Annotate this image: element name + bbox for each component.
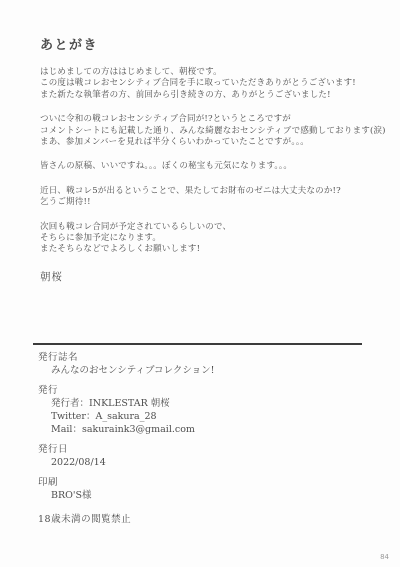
mail-address: Mail：sakuraink3@gmail.com bbox=[38, 423, 374, 436]
publisher-value: 発行者：INKLESTAR 朝桜 bbox=[38, 397, 374, 410]
afterword-paragraph-3: 皆さんの原稿、いいですね。。。ぼくの秘宝も元気になります。。。 bbox=[40, 161, 374, 172]
text-line: 近日、戦コレ5が出るということで、果たしてお財布のゼニは大丈夫なのか!? bbox=[40, 186, 374, 197]
text-line: はじめましての方ははじめまして、朝桜です。 bbox=[40, 67, 374, 78]
colophon-label: 印刷 bbox=[38, 476, 374, 489]
afterword-section: あとがき はじめましての方ははじめまして、朝桜です。 この度は戦コレおセンシティ… bbox=[40, 34, 374, 284]
text-line: ついに令和の戦コレおセンシティブ合同が!?というところですが bbox=[40, 114, 374, 125]
afterword-paragraph-4: 近日、戦コレ5が出るということで、果たしてお財布のゼニは大丈夫なのか!? 乞うご… bbox=[40, 186, 374, 209]
afterword-paragraph-5: 次回も戦コレ合同が予定されているらしいので、 そちらに参加予定になります。 また… bbox=[40, 222, 374, 256]
age-restriction-notice: 18歳未満の閲覧禁止 bbox=[38, 513, 374, 526]
text-line: この度は戦コレおセンシティブ合同を手に取っていただきありがとうございます! bbox=[40, 78, 374, 89]
afterword-page: あとがき はじめましての方ははじめまして、朝桜です。 この度は戦コレおセンシティ… bbox=[0, 0, 400, 567]
colophon-publication-date: 発行日 2022/08/14 bbox=[38, 443, 374, 469]
publication-date-value: 2022/08/14 bbox=[38, 456, 374, 469]
colophon-publication-title: 発行誌名 みんなのおセンシティブコレクション! bbox=[38, 351, 374, 377]
afterword-paragraph-1: はじめましての方ははじめまして、朝桜です。 この度は戦コレおセンシティブ合同を手… bbox=[40, 67, 374, 101]
publication-title-value: みんなのおセンシティブコレクション! bbox=[38, 364, 374, 377]
colophon-publisher: 発行 発行者：INKLESTAR 朝桜 Twitter：A_sakura_28 … bbox=[38, 384, 374, 436]
text-line: またそちらなどでよろしくお願いします! bbox=[40, 244, 374, 255]
text-line: また新たな執筆者の方、前回から引き続きの方、ありがとうございました! bbox=[40, 90, 374, 101]
colophon-printer: 印刷 BRO'S様 bbox=[38, 476, 374, 502]
text-line: 皆さんの原稿、いいですね。。。ぼくの秘宝も元気になります。。。 bbox=[40, 161, 374, 172]
page-number: 84 bbox=[380, 553, 389, 561]
colophon-label: 発行誌名 bbox=[38, 351, 374, 364]
text-line: まあ、参加メンバーを見れば半分くらいわかっていたことですが。。。 bbox=[40, 137, 374, 148]
colophon-label: 発行日 bbox=[38, 443, 374, 456]
text-line: そちらに参加予定になります。 bbox=[40, 233, 374, 244]
text-line: コメントシートにも記載した通り、みんな綺麗なおセンシティブで感動しております(涙… bbox=[40, 126, 374, 137]
author-signature: 朝桜 bbox=[40, 269, 374, 284]
colophon-section: 発行誌名 みんなのおセンシティブコレクション! 発行 発行者：INKLESTAR… bbox=[38, 351, 374, 526]
text-line: 次回も戦コレ合同が予定されているらしいので、 bbox=[40, 222, 374, 233]
colophon-label: 発行 bbox=[38, 384, 374, 397]
afterword-title: あとがき bbox=[40, 34, 374, 53]
printer-value: BRO'S様 bbox=[38, 489, 374, 502]
afterword-paragraph-2: ついに令和の戦コレおセンシティブ合同が!?というところですが コメントシートにも… bbox=[40, 114, 374, 148]
twitter-handle: Twitter：A_sakura_28 bbox=[38, 410, 374, 423]
section-divider-line bbox=[33, 343, 362, 345]
text-line: 乞うご期待!! bbox=[40, 197, 374, 208]
